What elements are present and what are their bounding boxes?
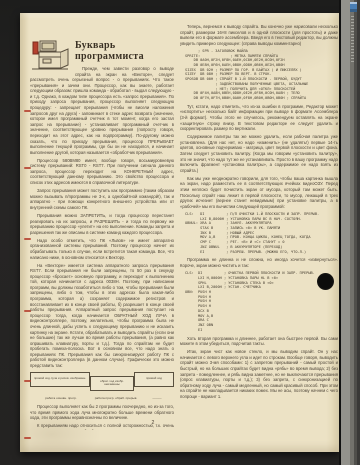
paragraph: Теперь, вернемся к выводу спрайта. Вы ко…	[180, 24, 338, 46]
diagram-captions: работа основн. прогр. работа прогр. обра…	[30, 397, 174, 401]
diagram-segment: прямой ход	[134, 372, 174, 387]
margin-mark	[24, 380, 31, 382]
margin-mark	[24, 437, 31, 439]
diagram-caption: ———	[140, 397, 174, 401]
paragraph: Запрос прерывания может поступить как пр…	[30, 188, 174, 210]
margin-mark	[24, 310, 31, 312]
paragraph: Хоть вторая программа и длиннее, работае…	[180, 336, 338, 347]
paragraph: Надо особо отметить, что ПК «Львов» не и…	[30, 238, 174, 260]
computer-illustration-icon	[30, 39, 70, 72]
scan-background: Букварь программиста Прежде, чем завести…	[0, 0, 360, 465]
margin-mark	[24, 167, 31, 169]
right-column: Теперь, вернемся к выводу спрайта. Вы ко…	[180, 24, 338, 448]
paragraph: Процессор выполняет как бы 2 программы п…	[30, 404, 174, 421]
diagram-caption: работа основн. прогр.	[30, 397, 92, 401]
paragraph: Процессор 580ВМ80 имеет, вообще говоря, …	[30, 158, 174, 186]
corner-tag-icon	[350, 2, 357, 12]
margin-mark	[24, 238, 31, 240]
assembly-listing-cls2: CLS: DI ; ОЧИСТКА ПЕРВОЙ ПЛОСКОСТИ И ЗАП…	[185, 271, 338, 333]
paragraph: Как мы уже неоднократно говорили, для то…	[180, 176, 338, 209]
paragraph: Итак, экран чист как новое стекло, и мы …	[180, 349, 338, 399]
margin-mark	[24, 110, 31, 112]
left-column: Букварь программиста Прежде, чем завести…	[30, 26, 174, 430]
assembly-listing-sprite: ; SPR - ЗАГОЛОВОК ФАЙЛА SPRITE: ; МЕТКА …	[185, 49, 338, 101]
page-number: 2	[146, 420, 160, 426]
timing-diagram: прямой ход луча и рисов. изображен. обра…	[30, 372, 174, 394]
assembly-listing-cls1: CLS: DI ; П/П ОЧИСТКИ 1-Й ПЛОСКОСТИ И ЗА…	[185, 212, 338, 255]
paragraph: На «Векторе» имеется система аппаратного…	[30, 263, 174, 369]
paragraph: Содержимое палитры так же можно удалить,…	[180, 134, 338, 173]
diagram-caption: работа прогр. обраб. прерыв.	[92, 397, 140, 401]
magazine-page: Букварь программиста Прежде, чем завести…	[20, 13, 339, 452]
paragraph: Тут, кстати, надо отметить, что из-за ош…	[180, 104, 338, 132]
diagram-segment: прямой ход луча и рисов. изображен.	[30, 372, 90, 387]
paragraph: Прежде, чем завести разговор о выводе сп…	[30, 66, 174, 155]
diagram-segment: обрат. ход изобр. неизменны	[90, 376, 134, 391]
paragraph: Программа не длинна и не сложна, но иног…	[180, 257, 338, 268]
binding-vertical-text	[351, 16, 354, 62]
ink-blot	[317, 273, 334, 290]
paragraph: Прерывания можно ЗАПРЕТИТЬ, и тогда проц…	[30, 213, 174, 235]
binding-strip	[339, 0, 360, 465]
